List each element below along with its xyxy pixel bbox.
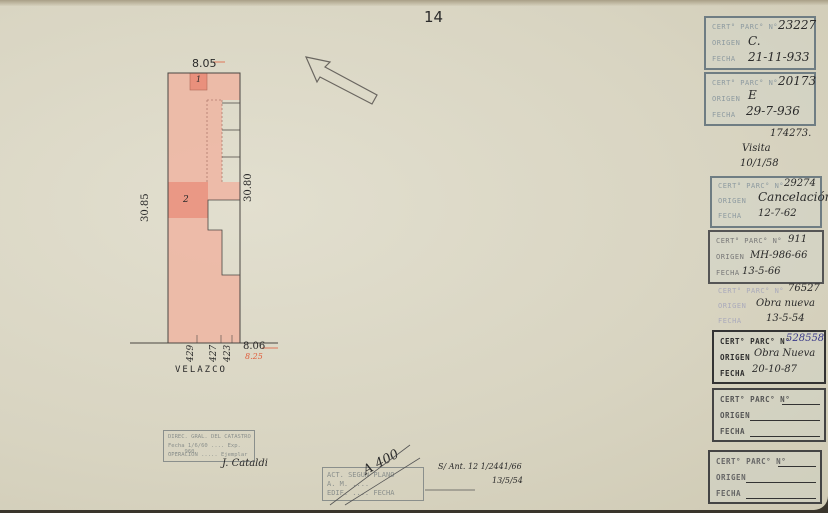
note-date: 10/1/58 [740,158,779,169]
street-number-429: 429 [186,345,196,362]
bottom-dimension: 8.06 [243,341,265,352]
cert-stamp-7-blank: CERT° PARC° N° ORIGEN FECHA [712,388,826,442]
right-note-1: S/ Ant. 12 1/2441/66 [438,462,522,471]
north-arrow-icon [306,57,377,104]
date: 13-5-66 [742,266,781,277]
origin: C. [748,34,761,48]
cert-stamp-8-blank: CERT° PARC° N° ORIGEN FECHA [708,450,822,504]
origin: Obra nueva [756,298,815,309]
right-dimension: 30.80 [243,173,254,202]
date: 21-11-933 [748,50,810,64]
cert-stamp-3: CERT° PARC° N° ORIGEN FECHA 29274 Cancel… [710,176,822,228]
lot-label-1: 1 [196,75,201,84]
note-number: 174273. [770,128,811,139]
cert-stamp-2: CERT° PARC° N° ORIGEN FECHA 20173 E 29-7… [704,72,816,126]
top-dimension: 8.05 [192,57,217,70]
origin: Cancelación [758,190,828,204]
street-name: VELAZCO [175,365,227,375]
date: 12-7-62 [758,208,797,219]
lot-label-2: 2 [183,195,189,205]
signature: J. Cataldi [222,458,268,469]
origin: MH-986-66 [750,250,808,261]
left-dimension: 30.85 [140,193,151,222]
cert-number: 911 [788,234,807,245]
cert-number: 528558 [786,333,824,344]
cert-number: 76527 [788,283,820,294]
cert-stamp-1: CERT° PARC° N° ORIGEN FECHA 23227 C. 21-… [704,16,816,70]
cert-number: 23227 [778,18,816,32]
bottom-dimension-red: 8.25 [245,352,263,361]
cert-stamp-4: CERT° PARC° N° ORIGEN FECHA 911 MH-986-6… [708,230,824,284]
right-note-2: 13/5/54 [492,476,523,485]
street-number-427: 427 [209,345,219,362]
date: 13-5-54 [766,313,805,324]
origin: Obra Nueva [754,348,815,359]
origin: E [748,88,757,102]
cert-stamp-5: CERT° PARC° N° ORIGEN FECHA 76527 Obra n… [712,283,822,327]
cert-number: 20173 [778,74,816,88]
note-visit: Visita [742,143,771,154]
date: 29-7-936 [746,104,800,118]
cert-stamp-6: CERT° PARC° N° ORIGEN FECHA 528558 Obra … [712,330,826,384]
lot-outline [130,73,278,343]
street-number-423: 423 [223,345,233,362]
cert-number: 29274 [784,178,816,189]
date: 20-10-87 [752,364,797,375]
